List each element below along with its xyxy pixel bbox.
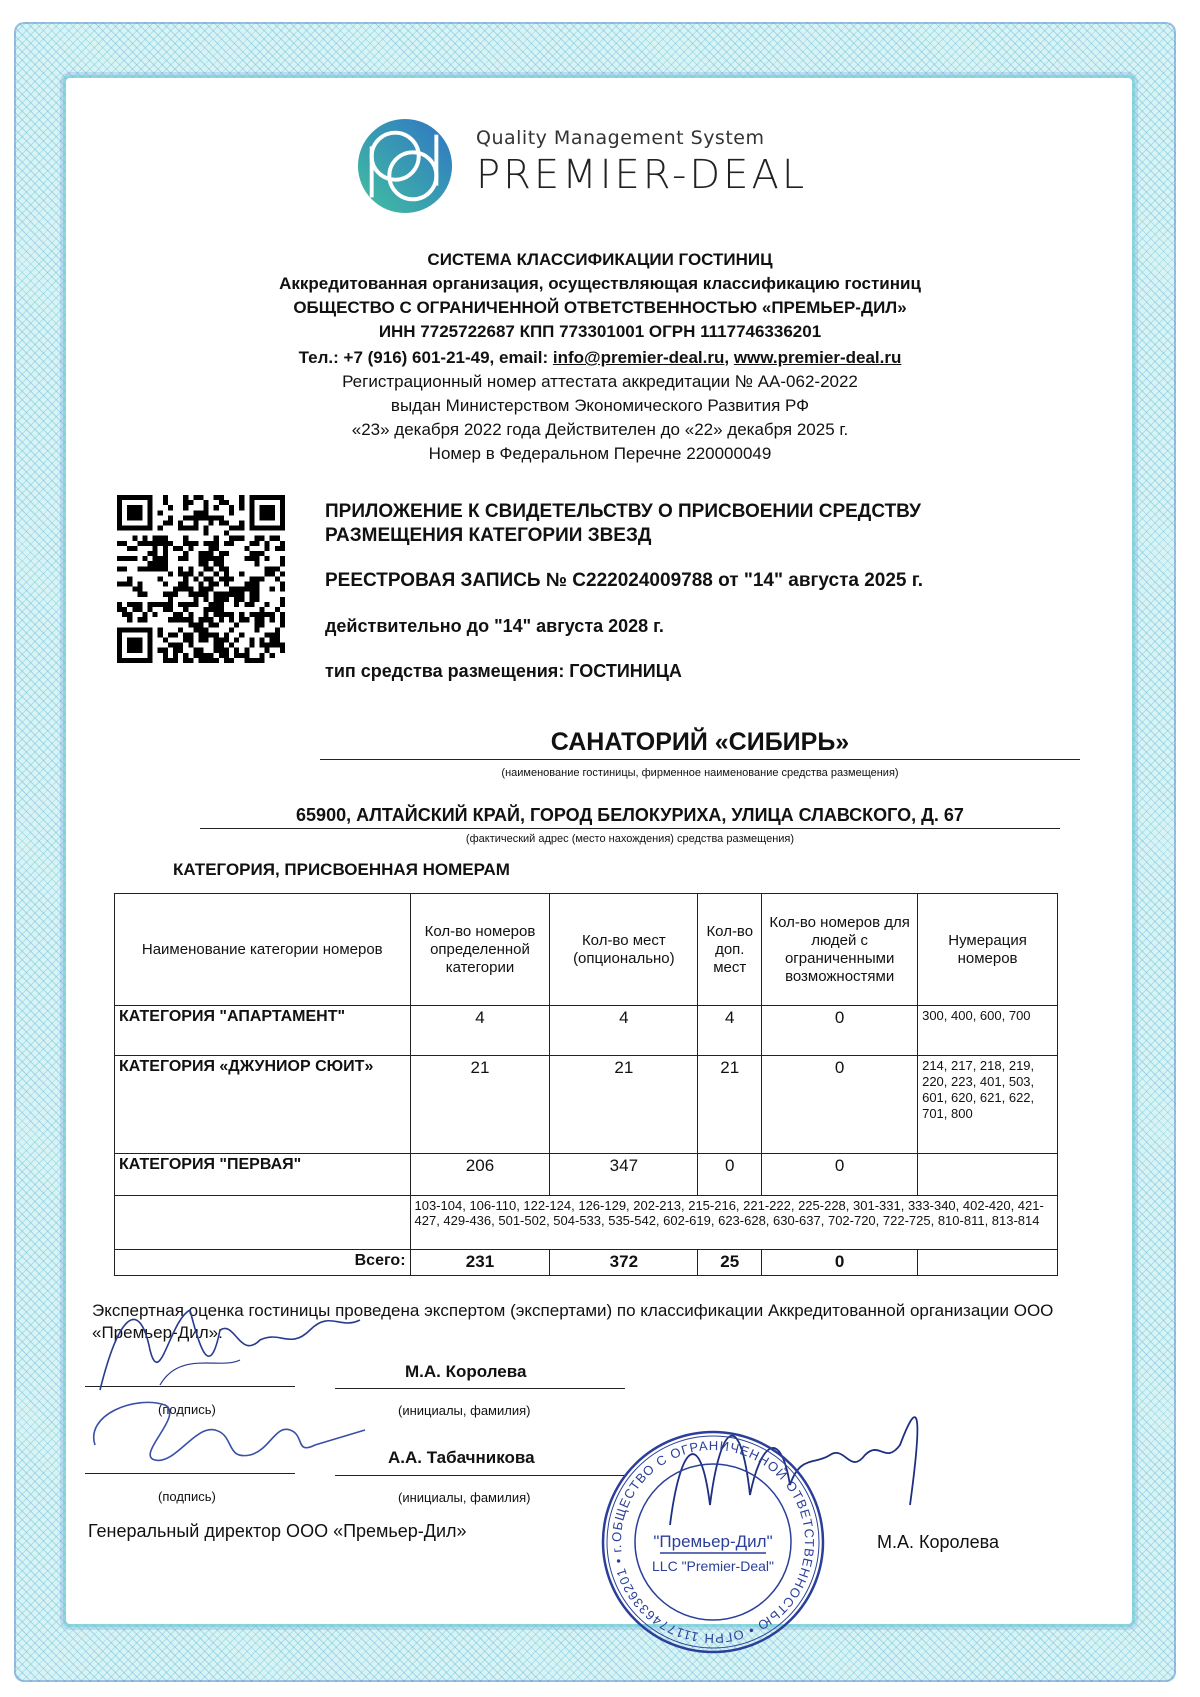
table-header-row: Наименование категории номеров Кол-во но… (115, 894, 1058, 1006)
header-extra-places: Кол-во доп. мест (698, 894, 762, 1006)
extra-places: 4 (698, 1006, 762, 1056)
room-numbers (918, 1154, 1058, 1196)
places: 21 (550, 1056, 698, 1154)
company-requisites: ИНН 7725722687 КПП 773301001 ОГРН 111774… (150, 320, 1050, 344)
accreditation-validity: «23» декабря 2022 года Действителен до «… (150, 418, 1050, 442)
brand-subtitle: Quality Management System (476, 127, 764, 149)
brand-name: PREMIER-DEAL (476, 152, 807, 198)
hotel-address: 65900, АЛТАЙСКИЙ КРАЙ, ГОРОД БЕЛОКУРИХА,… (200, 805, 1060, 829)
company-seal-icon: ОБЩЕСТВО С ОГРАНИЧЕННОЙ ОТВЕТСТВЕННОСТЬЮ… (598, 1427, 828, 1657)
seal-center-ru: "Премьер-Дил" (653, 1532, 772, 1551)
seal-center-en: LLC "Premier-Deal" (652, 1558, 774, 1574)
extra-places: 21 (698, 1056, 762, 1154)
header-room-count: Кол-во номеров определенной категории (410, 894, 550, 1006)
total-accessible: 0 (762, 1250, 918, 1276)
signature-caption: (подпись) (158, 1489, 216, 1504)
premier-deal-logo-icon (356, 117, 454, 215)
header-places: Кол-во мест (опционально) (550, 894, 698, 1006)
table-row: КАТЕГОРИЯ «ДЖУНИОР СЮИТ» 21 21 21 0 214,… (115, 1056, 1058, 1154)
room-count: 4 (410, 1006, 550, 1056)
empty-cell (918, 1250, 1058, 1276)
table-row: КАТЕГОРИЯ "АПАРТАМЕНТ" 4 4 4 0 300, 400,… (115, 1006, 1058, 1056)
total-extra: 25 (698, 1250, 762, 1276)
total-rooms: 231 (410, 1250, 550, 1276)
categories-table: Наименование категории номеров Кол-во но… (114, 893, 1058, 1276)
contacts: Тел.: +7 (916) 601-21-49, email: info@pr… (150, 346, 1050, 370)
qr-code-icon (116, 495, 286, 663)
federal-list-number: Номер в Федеральном Перечне 220000049 (150, 442, 1050, 466)
hotel-address-caption: (фактический адрес (место нахождения) ср… (200, 833, 1060, 845)
email-link[interactable]: info@premier-deal.ru (553, 348, 725, 367)
total-places: 372 (550, 1250, 698, 1276)
places: 347 (550, 1154, 698, 1196)
room-numbers: 214, 217, 218, 219, 220, 223, 401, 503, … (918, 1056, 1058, 1154)
accessible-rooms: 0 (762, 1006, 918, 1056)
category-name: КАТЕГОРИЯ «ДЖУНИОР СЮИТ» (115, 1056, 411, 1154)
first-category-room-numbers: 103-104, 106-110, 122-124, 126-129, 202-… (410, 1196, 1057, 1250)
registry-entry: РЕЕСТРОВАЯ ЗАПИСЬ № С222024009788 от "14… (325, 570, 1065, 592)
name-caption: (инициалы, фамилия) (398, 1403, 530, 1418)
separator: , (724, 348, 733, 367)
room-count: 206 (410, 1154, 550, 1196)
header-accessible-rooms: Кол-во номеров для людей с ограниченными… (762, 894, 918, 1006)
hotel-name: САНАТОРИЙ «СИБИРЬ» (320, 728, 1080, 760)
system-title: СИСТЕМА КЛАССИФИКАЦИИ ГОСТИНИЦ (150, 248, 1050, 272)
signature-line (85, 1386, 295, 1387)
signature-tabachnikova-icon (75, 1385, 375, 1475)
category-name: КАТЕГОРИЯ "АПАРТАМЕНТ" (115, 1006, 411, 1056)
categories-title: КАТЕГОРИЯ, ПРИСВОЕННАЯ НОМЕРАМ (173, 860, 510, 880)
header-category-name: Наименование категории номеров (115, 894, 411, 1006)
name-caption: (инициалы, фамилия) (398, 1490, 530, 1505)
places: 4 (550, 1006, 698, 1056)
extra-places: 0 (698, 1154, 762, 1196)
accreditation-number: Регистрационный номер аттестата аккредит… (150, 370, 1050, 394)
accessible-rooms: 0 (762, 1154, 918, 1196)
hotel-name-caption: (наименование гостиницы, фирменное наиме… (320, 767, 1080, 779)
signature-caption: (подпись) (158, 1402, 216, 1417)
room-count: 21 (410, 1056, 550, 1154)
website-link[interactable]: www.premier-deal.ru (734, 348, 902, 367)
empty-cell (115, 1196, 411, 1250)
expert-1-name: М.А. Королева (405, 1362, 526, 1382)
certificate-page: Quality Management System PREMIER-DEAL С… (0, 0, 1200, 1697)
signature-line (85, 1473, 295, 1474)
header-room-numbers: Нумерация номеров (918, 894, 1058, 1006)
director-title: Генеральный директор ООО «Премьер-Дил» (88, 1521, 467, 1542)
room-numbers: 300, 400, 600, 700 (918, 1006, 1058, 1056)
phone: Тел.: +7 (916) 601-21-49, email: (299, 348, 553, 367)
facility-type: тип средства размещения: ГОСТИНИЦА (325, 661, 1065, 682)
expert-statement: Экспертная оценка гостиницы проведена эк… (92, 1300, 1092, 1344)
table-total-row: Всего: 231 372 25 0 (115, 1250, 1058, 1276)
name-line (335, 1388, 625, 1389)
company-name: ОБЩЕСТВО С ОГРАНИЧЕННОЙ ОТВЕТСТВЕННОСТЬЮ… (150, 296, 1050, 320)
organization-info: СИСТЕМА КЛАССИФИКАЦИИ ГОСТИНИЦ Аккредито… (150, 248, 1050, 466)
expert-2-name: А.А. Табачникова (388, 1448, 535, 1468)
annex-block: ПРИЛОЖЕНИЕ К СВИДЕТЕЛЬСТВУ О ПРИСВОЕНИИ … (325, 500, 1065, 682)
table-row: КАТЕГОРИЯ "ПЕРВАЯ" 206 347 0 0 (115, 1154, 1058, 1196)
category-name: КАТЕГОРИЯ "ПЕРВАЯ" (115, 1154, 411, 1196)
valid-until: действительно до "14" августа 2028 г. (325, 616, 1065, 637)
annex-title-line1: ПРИЛОЖЕНИЕ К СВИДЕТЕЛЬСТВУ О ПРИСВОЕНИИ … (325, 500, 1065, 524)
table-row-first-numbers: 103-104, 106-110, 122-124, 126-129, 202-… (115, 1196, 1058, 1250)
director-name: М.А. Королева (877, 1532, 999, 1553)
total-label: Всего: (115, 1250, 411, 1276)
accredited-org: Аккредитованная организация, осуществляю… (150, 272, 1050, 296)
annex-title-line2: РАЗМЕЩЕНИЯ КАТЕГОРИИ ЗВЕЗД (325, 524, 1065, 548)
issued-by: выдан Министерством Экономического Разви… (150, 394, 1050, 418)
name-line (335, 1475, 625, 1476)
accessible-rooms: 0 (762, 1056, 918, 1154)
